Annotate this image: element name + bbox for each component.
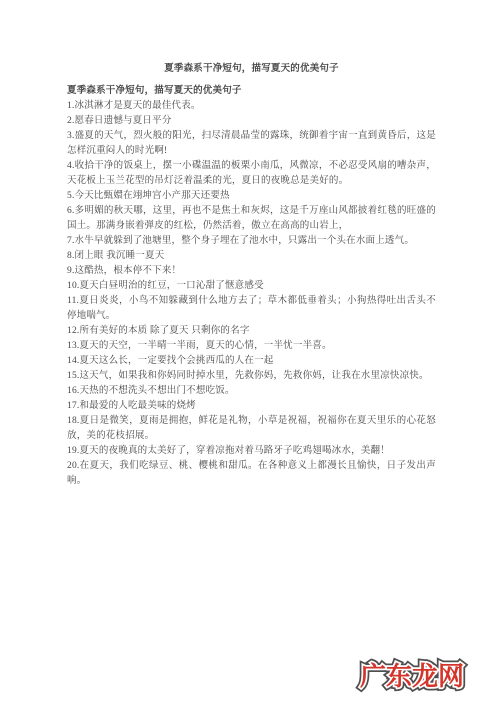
list-item: 12.所有美好的本质 除了夏天 只剩你的名字 [67,324,436,339]
list-item: 11.夏日炎炎，小鸟不知躲藏到什么地方去了；草木都低垂着头；小狗热得吐出舌头不停… [67,294,436,324]
list-item: 16.天热的不想洗头不想出门不想吃饭。 [67,384,436,399]
list-item: 17.和最爱的人吃最美味的烧烤 [67,399,436,414]
list-item: 10.夏天白昼明治的红豆，一口沁甜了惬意感受 [67,279,436,294]
watermark-text: 广东龙网 [360,662,464,692]
list-item: 4.收拾干净的饭桌上，摆一小碟温温的板栗小南瓜，风微凉，不必忍受风扇的嘈杂声，天… [67,159,436,189]
list-item: 19.夏天的夜晚真的太美好了，穿着凉拖对着马路牙子吃鸡翅喝冰水，美翻！ [67,444,436,459]
list-item: 6.多明媚的秋天哪，这里，再也不是焦土和灰烬，这是千万座山风都披着红毯的旺盛的国… [67,204,436,234]
list-item: 5.今天比甄嬛在翊坤宫小产那天还要热 [67,189,436,204]
list-item: 14.夏天这么长，一定要找个会挑西瓜的人在一起 [67,354,436,369]
page-title: 夏季森系干净短句，描写夏天的优美句子 [67,62,436,77]
list-item: 8.闭上眼 我沉睡一夏天 [67,249,436,264]
sentence-list: 1.冰淇淋才是夏天的最佳代表。2.愿春日遗憾与夏日平分3.盛夏的天气，烈火般的阳… [67,99,436,489]
list-item: 20.在夏天，我们吃绿豆、桃、樱桃和甜瓜。在各种意义上都漫长且愉快，日子发出声响… [67,459,436,489]
list-item: 3.盛夏的天气，烈火般的阳光，扫尽清晨晶莹的露珠，统御着宇宙一直到黄昏后，这是怎… [67,129,436,159]
list-item: 13.夏天的天空，一半晴一半雨，夏天的心情，一半忧一半喜。 [67,339,436,354]
list-item: 18.夏日是微笑，夏雨是拥抱，鲜花是礼物，小草是祝福，祝福你在夏天里乐的心花怒放… [67,414,436,444]
list-item: 2.愿春日遗憾与夏日平分 [67,114,436,129]
document-page: 夏季森系干净短句，描写夏天的优美句子 夏季森系干净短句，描写夏天的优美句子 1.… [0,0,500,708]
watermark-logo: 广东龙网 广东龙网 广东龙网 [360,662,480,696]
list-item: 9.这酷热，根本停不下来！ [67,264,436,279]
document-content: 夏季森系干净短句，描写夏天的优美句子 夏季森系干净短句，描写夏天的优美句子 1.… [67,62,436,489]
list-item: 15.这天气，如果我和你妈同时掉水里，先救你妈，先救你妈，让我在水里凉快凉快。 [67,369,436,384]
list-item: 7.水牛早就躲到了池塘里，整个身子埋在了池水中，只露出一个头在水面上透气。 [67,234,436,249]
list-item: 1.冰淇淋才是夏天的最佳代表。 [67,99,436,114]
intro-line: 夏季森系干净短句，描写夏天的优美句子 [67,84,436,99]
